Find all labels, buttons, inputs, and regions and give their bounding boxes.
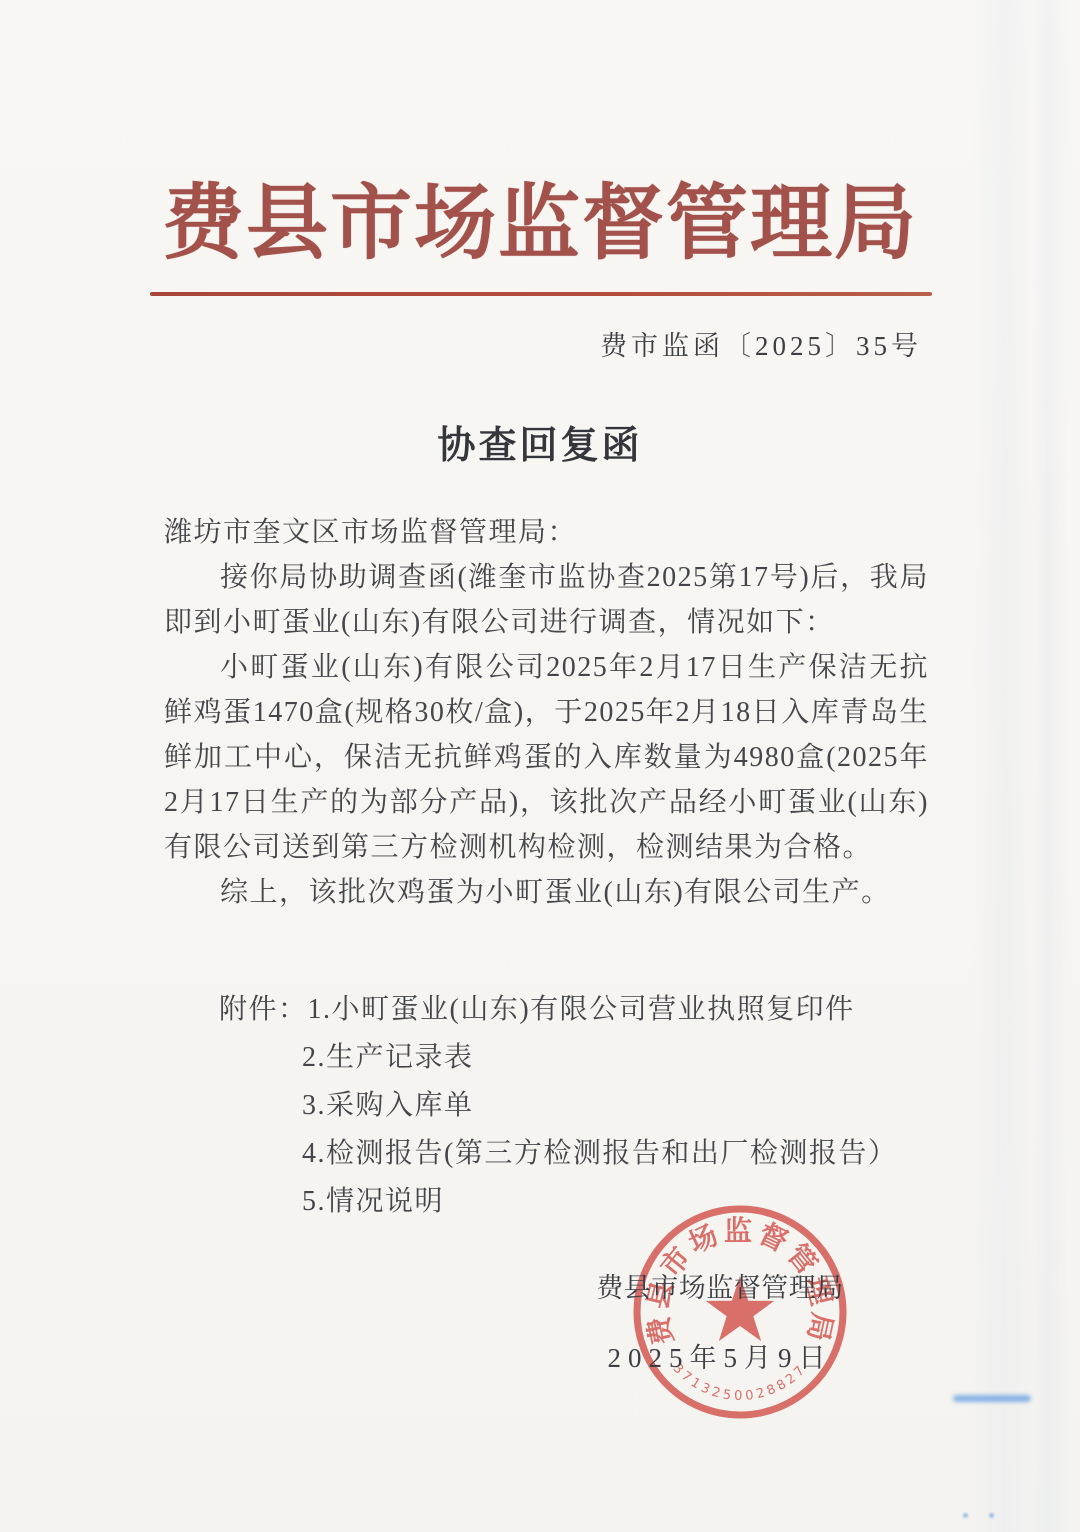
scan-artifact-dot: [989, 1513, 994, 1518]
attachments-label: 附件：: [219, 994, 308, 1025]
scan-artifact-dot: [963, 1513, 968, 1518]
document-title: 协查回复函: [0, 414, 1080, 469]
attachments-list: 附件：1.小町蛋业(山东)有限公司营业执照复印件 2.生产记录表 3.采购入库单…: [219, 986, 939, 1226]
salutation: 潍坊市奎文区市场监督管理局：: [164, 510, 929, 555]
paragraph-intro: 接你局协助调查函(潍奎市监协查2025第17号)后，我局即到小町蛋业(山东)有限…: [164, 555, 929, 645]
scan-artifact-blue-mark: [953, 1395, 1031, 1402]
letter-body: 潍坊市奎文区市场监督管理局： 接你局协助调查函(潍奎市监协查2025第17号)后…: [164, 510, 929, 915]
letterhead-divider: [150, 292, 932, 296]
signature-date: 2025年5月9日: [588, 1336, 852, 1375]
paragraph-findings: 小町蛋业(山东)有限公司2025年2月17日生产保洁无抗鲜鸡蛋1470盒(规格3…: [164, 645, 929, 870]
paragraph-conclusion: 综上，该批次鸡蛋为小町蛋业(山东)有限公司生产。: [164, 870, 929, 915]
attachment-item: 3.采购入库单: [219, 1082, 939, 1130]
attachment-item: 附件：1.小町蛋业(山东)有限公司营业执照复印件: [219, 986, 939, 1034]
signature-block: 费县市场监督管理局 2025年5月9日: [588, 1266, 852, 1375]
attachment-item-text: 1.小町蛋业(山东)有限公司营业执照复印件: [308, 994, 855, 1025]
signature-agency: 费县市场监督管理局: [588, 1266, 852, 1305]
attachment-item: 2.生产记录表: [219, 1034, 939, 1082]
agency-letterhead: 费县市场监督管理局: [0, 158, 1080, 275]
document-page: 费县市场监督管理局 费市监函〔2025〕35号 协查回复函 潍坊市奎文区市场监督…: [0, 0, 1080, 1532]
document-number: 费市监函〔2025〕35号: [600, 324, 922, 363]
attachment-item: 4.检测报告(第三方检测报告和出厂检测报告）: [219, 1130, 939, 1178]
